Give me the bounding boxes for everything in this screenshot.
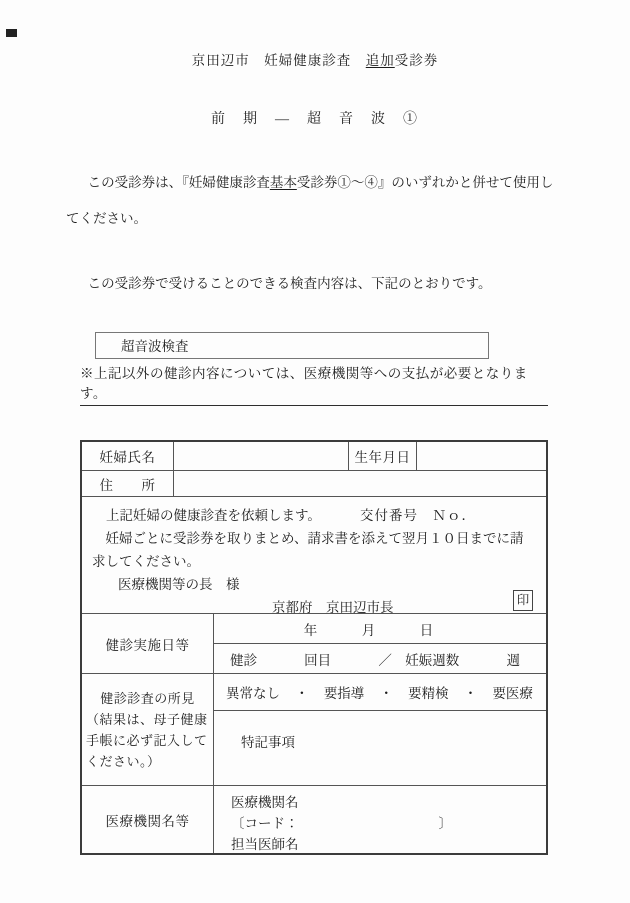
addressee-line: 医療機関等の長 様 xyxy=(92,573,536,596)
exam-date-label: 健診実施日等 xyxy=(82,614,213,673)
exam-content-box: 超音波検査 xyxy=(95,332,489,359)
institution-label: 医療機関名等 xyxy=(82,786,213,853)
request-line-1: 上記妊婦の健康診査を依頼します。 交付番号 Ｎｏ． xyxy=(92,504,536,527)
document-page: 京田辺市 妊婦健康診査 追加受診券 前 期 ― 超 音 波 ① この受診券は、『… xyxy=(0,0,630,903)
intro1-text: この受診券は、『妊婦健康診査 xyxy=(88,175,270,190)
institution-content: 医療機関名 〔コード： 〕 担当医師名 xyxy=(213,786,546,853)
option-guidance-needed: 要指導 xyxy=(324,682,365,702)
code-close-bracket: 〕 xyxy=(439,813,453,834)
dot-separator: ・ xyxy=(295,682,309,702)
intro1-underlined-word: 基本 xyxy=(270,175,297,190)
mayor-signature-line: 京都府 京田辺市長 xyxy=(92,596,536,619)
table-row-findings: 健診診査の所見 （結果は、母子健康手帳に必ず記入してください。） 異常なし ・ … xyxy=(82,673,546,785)
option-no-abnormality: 異常なし xyxy=(226,682,280,702)
exam-count-prefix: 健診 xyxy=(230,649,257,669)
table-row-name-birth: 妊婦氏名 生年月日 xyxy=(82,442,546,470)
mother-name-value xyxy=(173,442,348,470)
table-row-address: 住 所 xyxy=(82,470,546,496)
findings-label-note: （結果は、母子健康手帳に必ず記入してください。） xyxy=(86,709,209,772)
doctor-name-line: 担当医師名 xyxy=(231,834,546,855)
birthdate-value xyxy=(416,442,546,470)
intro-paragraph-1: この受診券は、『妊婦健康診査基本受診券①～④』のいずれかと併せて使用してください… xyxy=(66,165,566,237)
title-underlined-word: 追加 xyxy=(366,53,395,68)
seal-box: 印 xyxy=(513,590,533,611)
intro-paragraph-2: この受診券で受けることのできる検査内容は、下記のとおりです。 xyxy=(66,266,566,302)
document-subtitle: 前 期 ― 超 音 波 ① xyxy=(0,108,630,128)
billing-instruction: 妊婦ごとに受診券を取りまとめ、請求書を添えて翌月１０日までに請求してください。 xyxy=(92,527,536,573)
title-text: 京田辺市 妊婦健康診査 xyxy=(192,53,366,68)
code-open-bracket: 〔コード： xyxy=(231,813,299,834)
address-value xyxy=(173,471,546,496)
table-row-exam-date: 健診実施日等 年 月 日 健診 回目 ／ 妊娠週数 週 xyxy=(82,613,546,673)
voucher-table: 妊婦氏名 生年月日 住 所 上記妊婦の健康診査を依頼します。 交付番号 Ｎｏ． … xyxy=(80,440,548,855)
table-row-institution: 医療機関名等 医療機関名 〔コード： 〕 担当医師名 xyxy=(82,785,546,853)
exam-count-unit: 回目 xyxy=(304,649,331,669)
week-unit: 週 xyxy=(506,649,520,669)
findings-content: 異常なし ・ 要指導 ・ 要精検 ・ 要医療 特記事項 xyxy=(213,674,546,785)
request-cell: 上記妊婦の健康診査を依頼します。 交付番号 Ｎｏ． 妊婦ごとに受診券を取りまとめ… xyxy=(82,496,546,613)
special-notes-cell: 特記事項 xyxy=(214,711,546,785)
request-statement: 上記妊婦の健康診査を依頼します。 xyxy=(92,504,321,527)
birthdate-label: 生年月日 xyxy=(348,442,416,470)
institution-name-line: 医療機関名 xyxy=(231,792,546,813)
dot-separator: ・ xyxy=(379,682,393,702)
scan-corner-mark xyxy=(6,29,17,37)
exam-date-content: 年 月 日 健診 回目 ／ 妊娠週数 週 xyxy=(213,614,546,673)
findings-label-title: 健診診査の所見 xyxy=(86,688,209,709)
issue-number-label: 交付番号 Ｎｏ． xyxy=(360,504,476,527)
document-title: 京田辺市 妊婦健康診査 追加受診券 xyxy=(0,0,630,69)
option-medical-care-needed: 要医療 xyxy=(492,682,533,702)
dot-separator: ・ xyxy=(464,682,478,702)
findings-label: 健診診査の所見 （結果は、母子健康手帳に必ず記入してください。） xyxy=(82,674,213,785)
address-label: 住 所 xyxy=(82,471,173,496)
gestation-weeks-label: ／ 妊娠週数 xyxy=(378,649,459,669)
title-suffix: 受診券 xyxy=(395,53,439,68)
option-detailed-exam-needed: 要精検 xyxy=(408,682,449,702)
exam-name: 超音波検査 xyxy=(121,339,189,354)
findings-options-line: 異常なし ・ 要指導 ・ 要精検 ・ 要医療 xyxy=(214,674,546,711)
institution-code-line: 〔コード： 〕 xyxy=(231,813,546,834)
payment-note: ※上記以外の健診内容については、医療機関等への支払が必要となります。 xyxy=(80,364,548,406)
mother-name-label: 妊婦氏名 xyxy=(82,442,173,470)
exam-count-line: 健診 回目 ／ 妊娠週数 週 xyxy=(214,644,546,673)
